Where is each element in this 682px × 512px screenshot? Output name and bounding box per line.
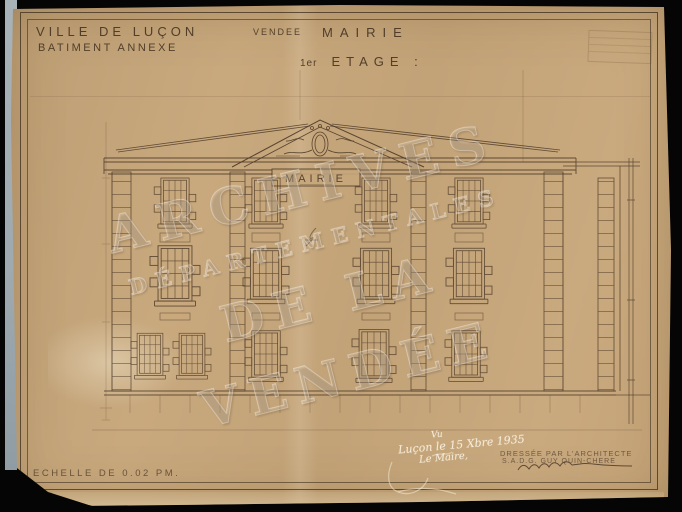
drawing-sheet: VILLE DE LUÇON VENDEE BATIMENT ANNEXE MA… [0,0,682,512]
architect-note: DRESSÉE PAR L'ARCHITECTE S.A.D.G. GUY QU… [500,449,632,465]
windows-row-bottom [131,330,487,383]
corner-pencil-mark: 4 [664,9,669,19]
windows-row-middle [150,246,492,306]
spandrel-panels [160,233,483,320]
construction-lines [100,70,523,420]
architect-note-line1: DRESSÉE PAR L'ARCHITECTE [500,449,632,458]
architect-note-line2: S.A.D.G. GUY QUIN-CHERE [502,458,632,465]
ground-lines [92,391,650,430]
pencil-squiggle-mark [305,228,318,246]
walls-and-quoins [112,158,635,424]
pediment: MAIRIE [232,120,424,186]
facade-elevation-drawing: MAIRIE [0,0,682,512]
pediment-sign-text: MAIRIE [285,173,347,185]
cornice-and-roof [104,124,640,174]
scanned-drawing-page: VILLE DE LUÇON VENDEE BATIMENT ANNEXE MA… [0,0,682,512]
